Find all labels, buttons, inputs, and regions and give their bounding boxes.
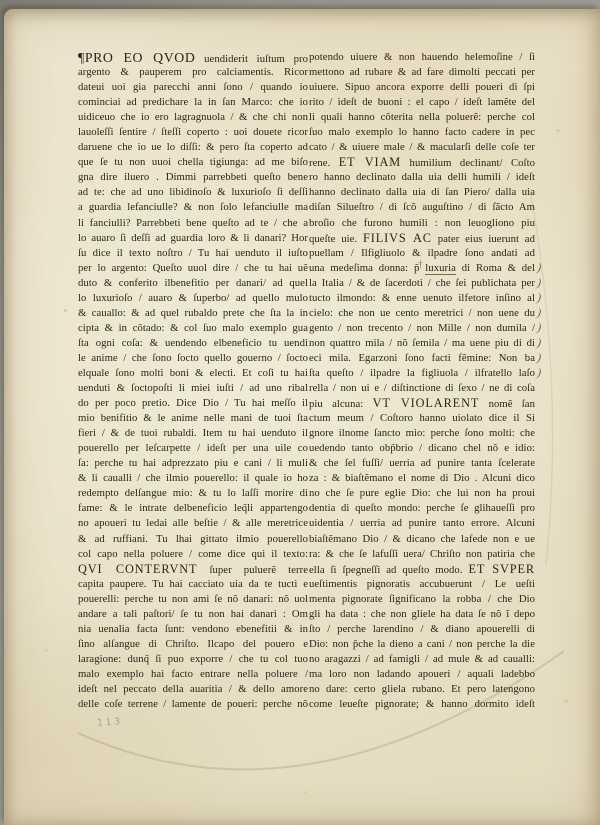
text-line: pouerello per leſcarpette / ideſt per un… [78, 441, 308, 456]
text-line: li quali hanno cõterita nella poluerẽ: p… [309, 110, 535, 125]
ink-margin-mark: ) [536, 260, 552, 277]
foxing-speck [304, 791, 307, 794]
text-line: & cauallo: & ad quel rubaldo prete che ſ… [78, 306, 308, 321]
text-line: no che ſe pure eglie Dio: che lui non ha… [309, 486, 535, 501]
text-line: no aragazzi / ad famigli / ad mule & ad … [309, 652, 535, 667]
text-line: gli ha data : che non gliele ha data ſe … [309, 607, 535, 622]
text-line: QVI CONTERVNT ſuper puluerẽ terre [78, 562, 308, 577]
foxing-speck [64, 309, 67, 312]
text-line: malo exemplo hai facto entrare nella pol… [78, 667, 308, 682]
text-line: ſino alſangue di Chriſto. Ilcapo del pou… [78, 637, 308, 652]
text-line: ſu dice il texto noſtro / Tu hai uenduto… [78, 246, 308, 261]
text-line: hanno declinato dalla uia di ſan Piero/ … [309, 185, 535, 200]
text-line: potendo uiuere & non hauendo helemoſine … [309, 50, 535, 65]
text-line: li fanciulli? Parrebbeti bene queſto ad … [78, 216, 308, 231]
text-line: dateui uoi gia parecchi anni ſono / quan… [78, 80, 308, 95]
text-line: broſio che furono humili : non leuoglion… [309, 216, 535, 231]
pencil-folio-number: 113 [97, 716, 123, 729]
text-line: la Italia / & de ſacerdoti / che ſei pub… [309, 276, 535, 291]
text-line: elquale ſono molti boni & electi. Et coſ… [78, 366, 308, 381]
inline-printed-caps: QVI CONTERVNT [78, 562, 197, 576]
text-line: do per poco pretio. Dice Dio / Tu hai me… [78, 396, 308, 411]
text-line: daruene che io ue lo diſſi: & pero ſta c… [78, 140, 308, 155]
text-line: uedendo tanto obp̃brio / dicano chel nõ … [309, 441, 535, 456]
text-line: tucto ilmondo: & enne uenuto ilfetore in… [309, 291, 535, 306]
text-line: fame: & le intrate delbeneficio leq̃li a… [78, 501, 308, 516]
text-line: cato / & uiuere male / & macularſi delle… [309, 140, 535, 155]
text-line: queſte uie. FILIVS AC pater eius iuerunt… [309, 231, 535, 246]
text-line: mettono ad rubare & ad fare dimolti pecc… [309, 65, 535, 80]
text-line: rella / non ui e / diſtinctione di ſexo … [309, 381, 535, 396]
text-line: nia uenalia facta ſunt: vendono ebenefit… [78, 622, 308, 637]
text-line: fieri / & de tuoi rubaldi. Item tu hai u… [78, 426, 308, 441]
ink-margin-mark: ) [536, 365, 552, 382]
text-line: lo luxurioſo / auaro & ſuperbo/ ad quell… [78, 291, 308, 306]
text-line: ſuo malo exemplo lo hanno facto cadere i… [309, 125, 535, 140]
text-line: za : & biaſtẽmano el nome di Dio . Alcun… [309, 471, 535, 486]
text-line: gna dire iluero . Dimmi parrebbeti queſt… [78, 170, 308, 185]
book-page: ¶PRO EO QVOD uendiderit iuſtum proargent… [4, 9, 600, 825]
text-line: delle coſe terrene / lamente de poueri: … [78, 697, 308, 712]
text-line: lauoleſſi ſentire / ſteſſi coperto : uoi… [78, 125, 308, 140]
text-line: biaſtẽmano Dio / & dicano che lafede non… [309, 532, 535, 547]
text-line: a guardia lefanciulle? & non ſolo lefanc… [78, 200, 308, 215]
text-line: una medeſima donna: p̃ luxuria di Roma &… [309, 261, 535, 276]
text-line: ro hanno declinato dalla uia delli humil… [309, 170, 535, 185]
foxing-speck [556, 129, 560, 132]
ink-margin-mark: ) [536, 275, 552, 292]
text-line: & li caualli / che ilmio pouerello: il q… [78, 471, 308, 486]
text-line: come leueſte pignorate; & hanno dormito … [309, 697, 535, 712]
text-line: no apoueri tu ledai alle beſtie / & alle… [78, 516, 308, 531]
text-line: ſa: perche tu hai adprezzato piu e cani … [78, 456, 308, 471]
text-line: pouerelli: perche tu non ami ſe nõ danar… [78, 592, 308, 607]
text-line: cielo: che non ue cento meretrici / non … [309, 306, 535, 321]
text-line: cominciai ad predichare la in ſan Marco:… [78, 95, 308, 110]
text-line: rene. ET VIAM humilium declinant/ Coſto [309, 155, 535, 170]
text-line: ſta queſto / ilpadre la figliuola / ilfr… [309, 366, 535, 381]
text-line: duto & conferito ilbenefitio per danari/… [78, 276, 308, 291]
inline-printed-caps: ¶PRO EO QVOD [78, 50, 195, 65]
text-line: uenduti & ſoctopoſti li miei iuſti / ad … [78, 381, 308, 396]
text-line: capita paupere. Tu hai cacciato uia da t… [78, 577, 308, 592]
text-line: ma loro non ladando apoueri / aquali lad… [309, 667, 535, 682]
text-line: ad te: che ad uno libidinoſo & luxurioſo… [78, 185, 308, 200]
text-line: redempto delſangue mio: & tu lo laſſi mo… [78, 486, 308, 501]
text-line: ideſt nel peccato della auaritia / & del… [78, 682, 308, 697]
text-line: ſta ogni coſa: & uendendo elbeneficio tu… [78, 336, 308, 351]
text-line: argento & pauperem pro calciamentis. Ric… [78, 65, 308, 80]
text-line: diſan Silueſtro / di ſcõ auguſtino / di … [309, 200, 535, 215]
text-line: gnore ilnome ſancto mio: perche ſono mol… [309, 426, 535, 441]
text-line: eci mila. Egarzoni ſono facti fẽmine: No… [309, 351, 535, 366]
text-line: le anime / che ſono ſocto quello gouerno… [78, 351, 308, 366]
text-line: per lo argento: Queſto uuol dire / che t… [78, 261, 308, 276]
text-column-right: potendo uiuere & non hauendo helemoſine … [309, 50, 535, 712]
inline-printed-caps: ET VIAM [339, 155, 401, 169]
text-line: non quattro mila / nõ ſemila / ma uene p… [309, 336, 535, 351]
foxing-speck [44, 649, 48, 652]
text-line: piu alcuna: VT VIOLARENT nomẽ ſan [309, 396, 535, 411]
text-line: ra: & che ſe lafuſſi uera/ Chriſto non p… [309, 547, 535, 562]
text-line: no dare: certo gliela rubano. Et pero la… [309, 682, 535, 697]
text-line: uidentia / uerria ad punire tanto errore… [309, 516, 535, 531]
foxing-speck [564, 699, 569, 703]
text-line: Dio: non p̃che la dieno a cani / non per… [309, 637, 535, 652]
text-line: uiuere. Sipuo ancora exporre delli pouer… [309, 80, 535, 95]
scanned-book-photo: { "marginalia": { "pencil_number": "113"… [0, 0, 600, 825]
text-line: uidiceuo che io ero lagragnuola / & che … [78, 110, 308, 125]
text-line: col capo nella poluere / come dice qui i… [78, 547, 308, 562]
inline-printed-caps: ET SVPER [468, 562, 535, 576]
text-line: ella ſi ſpegneſſi ad queſto modo. ET SVP… [309, 562, 535, 577]
text-line: & che ſel fuſſi/ uerria ad punire tanta … [309, 456, 535, 471]
inline-printed-caps: FILIVS AC [363, 231, 432, 245]
text-line: que ſe tu non uuoi chella tigiunga: ad m… [78, 155, 308, 170]
text-line: ctum meum / Coſtoro hanno uiolato dice i… [309, 411, 535, 426]
text-line: rito / ideſt de buoni : el capo / ideſt … [309, 95, 535, 110]
text-line: ¶PRO EO QVOD uendiderit iuſtum pro [78, 50, 308, 65]
text-line: cipta & in cõtado: & col ſuo malo exempl… [78, 321, 308, 336]
text-line: ueſtimentis pignoratis accubuerunt / Le … [309, 577, 535, 592]
text-line: gento / non trecento / non Mille / non d… [309, 321, 535, 336]
text-line: dentia di queſto mondo: perche ſe glihau… [309, 501, 535, 516]
text-line: lo auaro ſi deſſi ad guardia loro & li d… [78, 231, 308, 246]
ink-annotation-underline: luxuria [425, 262, 456, 274]
text-line: & ad ruffiani. Tu lhai gittato ilmio pou… [78, 532, 308, 547]
text-line: andare a tali paſtori/ ſe tu non hai dan… [78, 607, 308, 622]
text-line: mio benifitio & le anime nelle mani de t… [78, 411, 308, 426]
inline-printed-caps: VT VIOLARENT [373, 396, 480, 410]
text-column-left: ¶PRO EO QVOD uendiderit iuſtum proargent… [78, 50, 308, 712]
text-line: menta pignorate ſignificano la robba / c… [309, 592, 535, 607]
text-line: ſto / perche larendino / & diano apouere… [309, 622, 535, 637]
text-line: laragione: dunq̃ ſi puo exporre / che tu… [78, 652, 308, 667]
